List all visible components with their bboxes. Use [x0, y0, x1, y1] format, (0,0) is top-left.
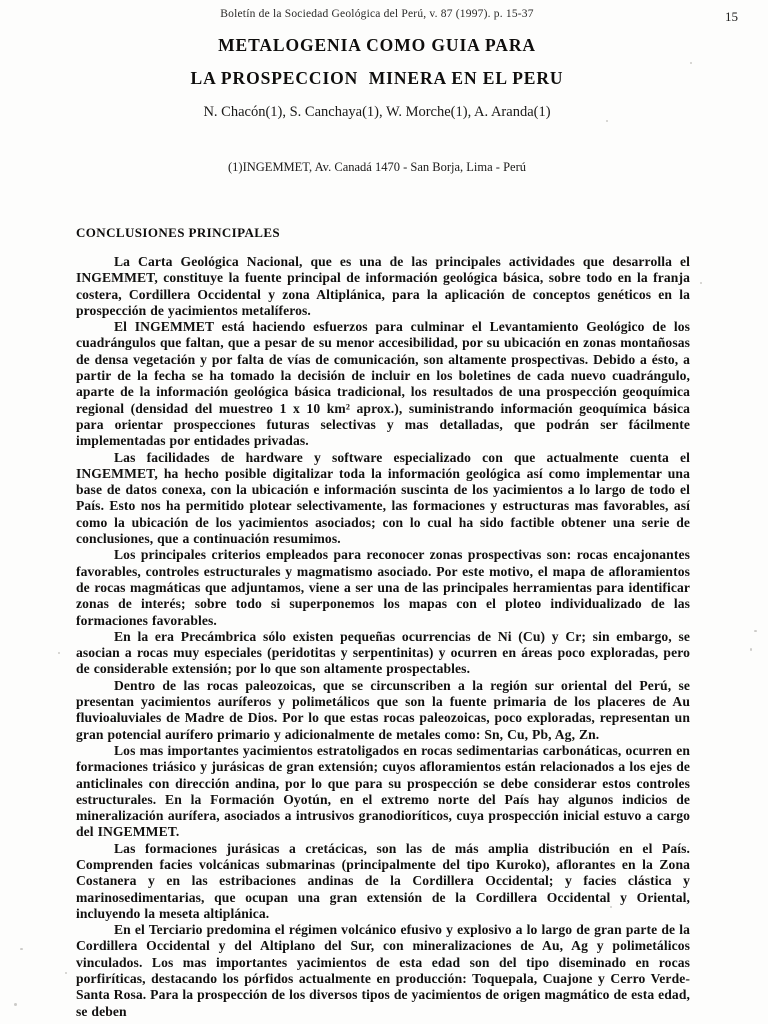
scan-speckle: [450, 987, 452, 989]
paper-title-line2: LA PROSPECCION MINERA EN EL PERU: [64, 68, 690, 89]
scan-speckle: [20, 948, 23, 950]
scan-speckle: [610, 906, 612, 908]
body-paragraphs: La Carta Geológica Nacional, que es una …: [76, 254, 690, 1020]
scan-speckle: [750, 648, 752, 651]
scan-speckle: [754, 630, 757, 632]
page-content: Boletín de la Sociedad Geológica del Per…: [64, 0, 690, 1020]
paragraph: Las formaciones jurásicas a cretácicas, …: [76, 841, 690, 922]
paper-title-line1: METALOGENIA COMO GUIA PARA: [64, 35, 690, 56]
paragraph: En el Terciario predomina el régimen vol…: [76, 922, 690, 1020]
page-number: 15: [725, 9, 738, 25]
scan-speckle: [222, 968, 224, 970]
scan-speckle: [65, 972, 67, 974]
document-page: 15 Boletín de la Sociedad Geológica del …: [0, 0, 768, 1024]
paragraph: Las facilidades de hardware y software e…: [76, 450, 690, 548]
scan-speckle: [606, 120, 608, 122]
scan-speckle: [700, 282, 702, 284]
authors-line: N. Chacón(1), S. Canchaya(1), W. Morche(…: [64, 104, 690, 121]
paragraph: Los principales criterios empleados para…: [76, 547, 690, 628]
paragraph: La Carta Geológica Nacional, que es una …: [76, 254, 690, 319]
paragraph: Dentro de las rocas paleozoicas, que se …: [76, 678, 690, 743]
scan-speckle: [690, 62, 692, 64]
paragraph: El INGEMMET está haciendo esfuerzos para…: [76, 319, 690, 449]
scan-speckle: [14, 1003, 17, 1006]
paragraph: En la era Precámbrica sólo existen peque…: [76, 629, 690, 678]
scan-speckle: [58, 652, 60, 654]
journal-header: Boletín de la Sociedad Geológica del Per…: [64, 8, 690, 20]
affiliation-line: (1)INGEMMET, Av. Canadá 1470 - San Borja…: [64, 160, 690, 175]
paragraph: Los mas importantes yacimientos estratol…: [76, 743, 690, 841]
section-heading: CONCLUSIONES PRINCIPALES: [76, 225, 690, 241]
